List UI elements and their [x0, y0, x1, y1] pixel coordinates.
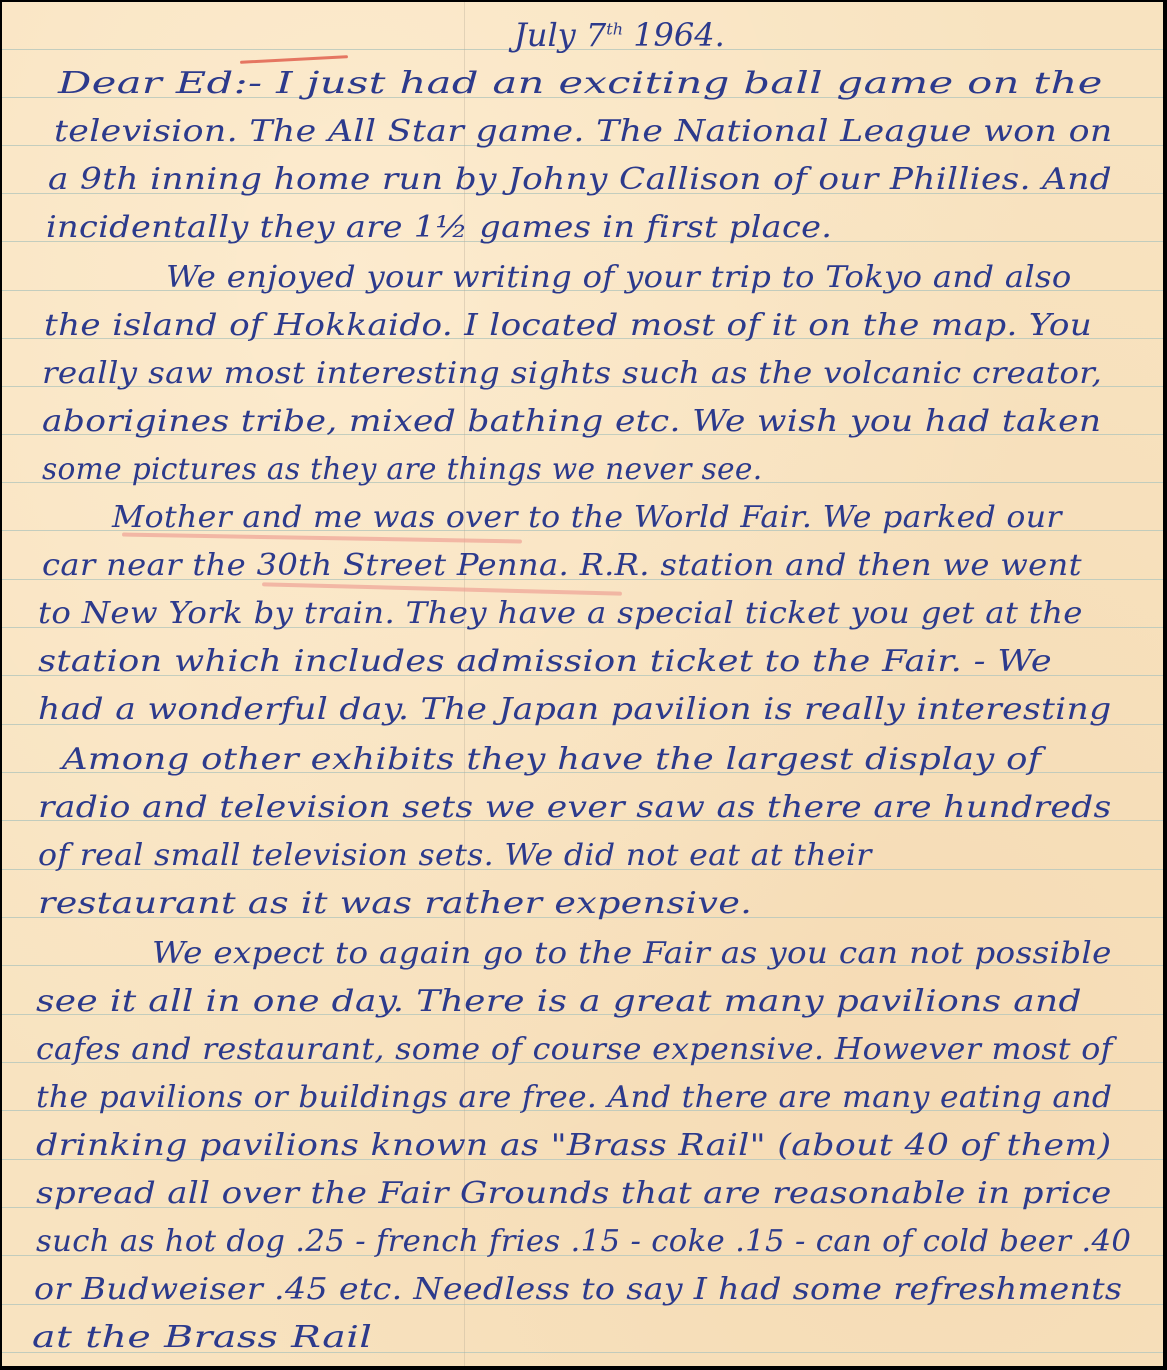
letter-line-2: television. The All Star game. The Natio…	[54, 114, 1113, 149]
letter-line-7: really saw most interesting sights such …	[42, 356, 1102, 391]
letter-line-23: drinking pavilions known as "Brass Rail"…	[36, 1128, 1112, 1163]
letter-line-1: Dear Ed:- I just had an exciting ball ga…	[58, 66, 1103, 101]
letter-line-10: Mother and me was over to the World Fair…	[112, 500, 1062, 535]
letter-line-8: aborigines tribe, mixed bathing etc. We …	[42, 404, 1101, 439]
letter-line-13: station which includes admission ticket …	[38, 644, 1052, 679]
letter-line-27: at the Brass Rail	[32, 1320, 372, 1355]
letter-line-16: radio and television sets we ever saw as…	[38, 790, 1112, 825]
date-year: 1964.	[633, 16, 725, 54]
letter-line-19: We expect to again go to the Fair as you…	[152, 936, 1112, 971]
letter-line-11: car near the 30th Street Penna. R.R. sta…	[42, 548, 1082, 583]
letter-line-24: spread all over the Fair Grounds that ar…	[36, 1176, 1112, 1211]
letter-line-20: see it all in one day. There is a great …	[36, 984, 1082, 1019]
letter-line-15: Among other exhibits they have the large…	[62, 742, 1041, 777]
letter-line-9: some pictures as they are things we neve…	[42, 452, 762, 487]
red-underline-station	[262, 582, 622, 595]
letter-line-3: a 9th inning home run by Johny Callison …	[48, 162, 1112, 197]
date-red-underline	[240, 55, 348, 64]
letter-line-17: of real small television sets. We did no…	[38, 838, 872, 873]
letter-line-14: had a wonderful day. The Japan pavilion …	[38, 692, 1112, 727]
letter-page: July 7th 1964. Dear Ed:- I just had an e…	[2, 2, 1163, 1366]
letter-line-5: We enjoyed your writing of your trip to …	[166, 260, 1072, 295]
letter-line-26: or Budweiser .45 etc. Needless to say I …	[34, 1272, 1122, 1307]
letter-line-18: restaurant as it was rather expensive.	[38, 886, 752, 921]
letter-line-25: such as hot dog .25 - french fries .15 -…	[36, 1224, 1131, 1259]
letter-line-21: cafes and restaurant, some of course exp…	[36, 1032, 1113, 1067]
letter-line-22: the pavilions or buildings are free. And…	[36, 1080, 1112, 1115]
date-suffix: th	[606, 19, 623, 38]
letter-line-4: incidentally they are 1½ games in first …	[46, 210, 832, 245]
letter-line-12: to New York by train. They have a specia…	[38, 596, 1083, 631]
letter-date: July 7th 1964.	[514, 16, 725, 54]
letter-line-6: the island of Hokkaido. I located most o…	[44, 308, 1092, 343]
date-month-day: July 7	[514, 16, 606, 54]
